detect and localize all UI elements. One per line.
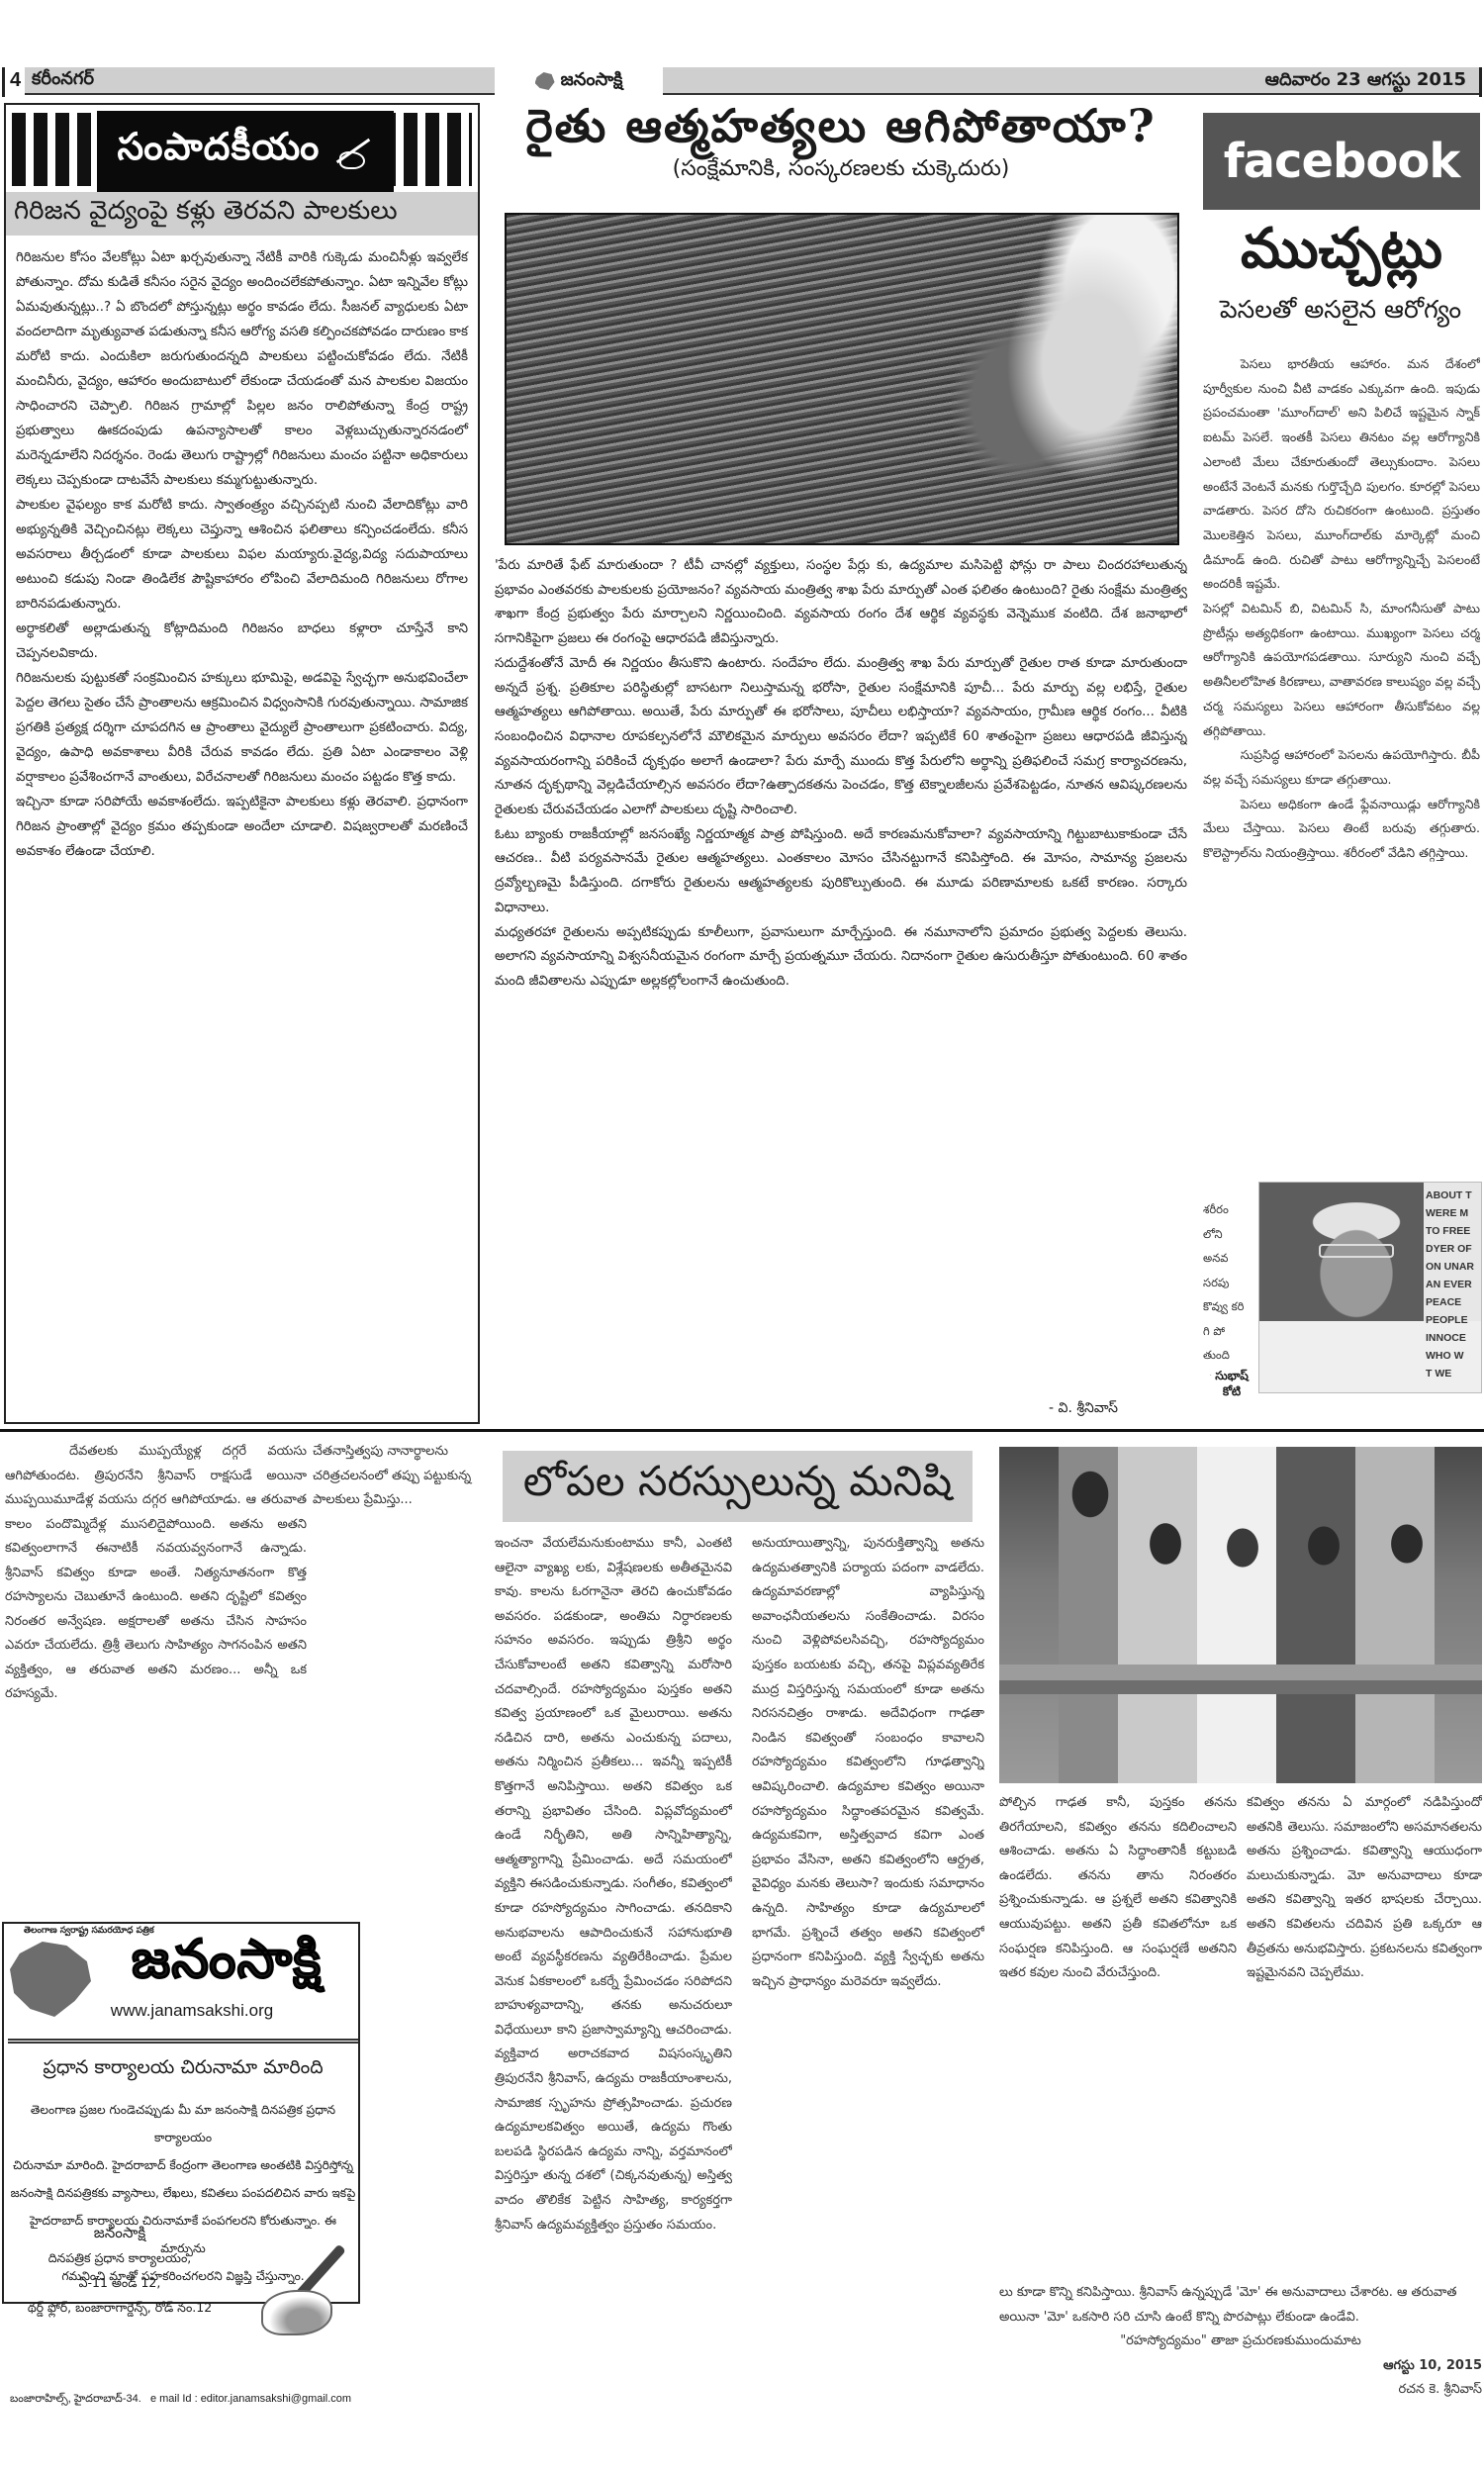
notice-contact: బంజారాహిల్స్, హైదరాబాద్-34. e mail Id : …	[10, 2393, 351, 2408]
author-portrait-photo: ABOUT T WERE M TO FREE DYER OF ON UNAR A…	[1258, 1182, 1482, 1393]
website-link[interactable]: www.janamsakshi.org	[103, 2001, 281, 2021]
literary-author: రచన కె. శ్రీనివాస్	[999, 2378, 1482, 2403]
telangana-map-icon	[535, 71, 555, 91]
column-author: సుభాష్ కోటి	[1212, 1368, 1252, 1399]
lead-paragraph: మధ్యతరహా రైతులను అప్పటికప్పుడు కూలీలుగా,…	[495, 921, 1187, 995]
editorial-label-plate: సంపాదకీయం	[97, 111, 394, 192]
editorial-label: సంపాదకీయం	[118, 125, 321, 178]
address-line: థర్డ్ ఫ్లోర్, బంజారాగార్డెన్స్, రోడ్ నం.…	[16, 2295, 224, 2320]
glasses-detail	[1319, 1244, 1394, 1258]
page-header: 4 కరీంనగర్ జనంసాక్షి ఆదివారం 23 ఆగస్టు 2…	[0, 65, 1484, 97]
literary-column-4: పోల్చిన గాఢత కానీ, పుస్తకం తనను తిరగేయాల…	[999, 1791, 1237, 2306]
farmer-field-photo	[505, 213, 1179, 545]
notice-line: తెలంగాణ ప్రజల గుండెచప్పుడు మీ మా జనంసాక్…	[10, 2096, 356, 2151]
issue-date: ఆదివారం 23 ఆగస్టు 2015	[1265, 69, 1466, 94]
editorial-headline: గిరిజన వైద్యంపై కళ్లు తెరవని పాలకులు	[6, 192, 478, 236]
poets-group-photo	[999, 1447, 1482, 1783]
edition-name: కరీంనగర్	[32, 68, 94, 93]
column-paragraph: సుప్రసిద్ధ ఆహారంలో పెసలను ఉపయోగిస్తారు. …	[1203, 743, 1480, 792]
lead-article-body: 'పేరు మారితే ఫేట్ మారుతుందా ? టీవీ చానల్…	[495, 554, 1187, 1366]
editorial-paragraph: ఇచ్చినా కూడా సరిపోయే అవకాశంలేదు. ఇప్పటిక…	[16, 790, 468, 864]
literary-column-1: దేవతలకు ముప్పయ్యేళ్ల దగ్గరే వయసు ఆగిపోతు…	[5, 1440, 307, 1915]
telangana-map-icon	[10, 1938, 91, 2017]
page-number: 4	[10, 69, 21, 92]
literary-paragraph: దేవతలకు ముప్పయ్యేళ్ల దగ్గరే వయసు ఆగిపోతు…	[5, 1440, 307, 1707]
column-subtitle: పెసలతో అసలైన ఆరోగ్యం	[1197, 295, 1484, 331]
hand-with-pen-icon	[235, 2235, 352, 2353]
notice-line: చిరునామా మారింది. హైదరాబాద్ కేంద్రంగా తె…	[10, 2151, 356, 2179]
right-rule	[1479, 67, 1482, 97]
column-paragraph: పెసలు అధికంగా ఉండే ఫ్లేవనాయిడ్లు ఆరోగ్యా…	[1203, 793, 1480, 866]
address-line: దినపత్రిక ప్రధాన కార్యాలయం,	[16, 2245, 224, 2270]
lead-paragraph: 'పేరు మారితే ఫేట్ మారుతుందా ? టీవీ చానల్…	[495, 554, 1187, 652]
column-narrow-text: శరీరం లోని అనవ సరపు కొవ్వు కరి గి పో తుం…	[1203, 1197, 1251, 1376]
editorial-header: సంపాదకీయం	[6, 105, 478, 192]
editorial-paragraph: పాలకుల వైఫల్యం కాక మరోటి కాదు. స్వాతంత్ర…	[16, 493, 468, 617]
header-band	[25, 67, 1480, 95]
column-paragraph: పెసల్లో విటమిన్ బి, విటమిన్ సి, మాంగనీసు…	[1203, 597, 1480, 743]
notice-line: జనంసాక్షి దినపత్రికకు వ్యాసాలు, లేఖలు, క…	[10, 2179, 356, 2207]
column-body: పెసలు భారతీయ ఆహారం. మన దేశంలో పూర్వీకుల …	[1203, 352, 1480, 1193]
notice-double-rule	[8, 2039, 358, 2044]
signature-name: జనంసాక్షి	[16, 2221, 224, 2245]
lead-paragraph: సదుద్దేశంతోనే మోదీ ఈ నిర్ణయం తీసుకొని ఉం…	[495, 652, 1187, 823]
section-divider	[0, 1429, 1484, 1432]
literary-column-2: ఇంచనా వేయలేమనుకుంటాము కానీ, ఎంతటి ఆలైనా …	[495, 1532, 732, 2472]
email-link[interactable]: e mail Id : editor.janamsakshi@gmail.com	[150, 2393, 351, 2405]
lead-paragraph: ఓటు బ్యాంకు రాజకీయాల్లో జనసంఖ్యే నిర్ణయా…	[495, 823, 1187, 921]
notice-heading: ప్రధాన కార్యాలయ చిరునామా మారింది	[4, 2056, 362, 2083]
notice-logo: జనంసాక్షి	[93, 1928, 360, 2004]
background-sign: ABOUT T WERE M TO FREE DYER OF ON UNAR A…	[1426, 1187, 1483, 1382]
editorial-box: సంపాదకీయం గిరిజన వైద్యంపై కళ్లు తెరవని ప…	[4, 103, 480, 1424]
literary-tail: లు కూడా కొన్ని కనిపిస్తాయి. శ్రీనివాస్ ఉ…	[999, 2281, 1482, 2403]
literary-headline: లోపల సరస్సులున్న మనిషి	[503, 1451, 973, 1522]
lead-byline: - వి. శ్రీనివాస్	[1049, 1400, 1118, 1419]
literary-closing: లు కూడా కొన్ని కనిపిస్తాయి. శ్రీనివాస్ ఉ…	[999, 2281, 1482, 2330]
editorial-body: గిరిజనుల కోసం వేలకోట్లు ఏటా ఖర్చవుతున్నా…	[6, 236, 478, 874]
hand-shape	[261, 2290, 332, 2335]
column-title: ముచ్చట్లు	[1203, 216, 1480, 295]
literary-narrow-column: చేతనాస్తిత్వపు నానార్థాలను చరిత్రచలనంలో …	[313, 1440, 487, 1529]
literary-date: ఆగస్టు 10, 2015	[999, 2354, 1482, 2379]
literary-column-5: కవిత్వం తనను ఏ మార్గంలో నడిపిస్తుందో అతన…	[1247, 1791, 1482, 2306]
editorial-paragraph: గిరిజనుల కోసం వేలకోట్లు ఏటా ఖర్చవుతున్నా…	[16, 245, 468, 493]
left-rule	[2, 67, 5, 97]
notice-signature: జనంసాక్షి దినపత్రిక ప్రధాన కార్యాలయం, ఏ-…	[16, 2221, 224, 2320]
lead-headline: రైతు ఆత్మహత్యలు ఆగిపోతాయా?	[495, 99, 1187, 164]
address-line: ఏ-11 అండ్ 12,	[16, 2270, 224, 2295]
facebook-banner: facebook	[1203, 113, 1480, 210]
lead-subheadline: (సంక్షేమానికి, సంస్కరణలకు చుక్కెదురు)	[495, 156, 1187, 186]
literary-column-3: అనుయాయిత్వాన్ని, పునరుక్తిత్వాన్ని అతను …	[752, 1532, 984, 2472]
writing-hand-icon	[329, 134, 373, 169]
editorial-paragraph: అర్థాకలితో అల్లాడుతున్న కోట్లాదిమంది గిర…	[16, 617, 468, 666]
editorial-paragraph: గిరిజనులకు పుట్టుకతో సంక్రమించిన హక్కులు…	[16, 666, 468, 790]
masthead-logo: జనంసాక్షి	[495, 65, 663, 97]
column-paragraph: పెసలు భారతీయ ఆహారం. మన దేశంలో పూర్వీకుల …	[1203, 352, 1480, 597]
source-note: "రహస్యోద్యమం" తాజా ప్రచురణకుముందుమాట	[999, 2330, 1482, 2354]
address-city: బంజారాహిల్స్, హైదరాబాద్-34.	[10, 2393, 141, 2405]
logo-text: జనంసాక్షి	[561, 69, 623, 94]
